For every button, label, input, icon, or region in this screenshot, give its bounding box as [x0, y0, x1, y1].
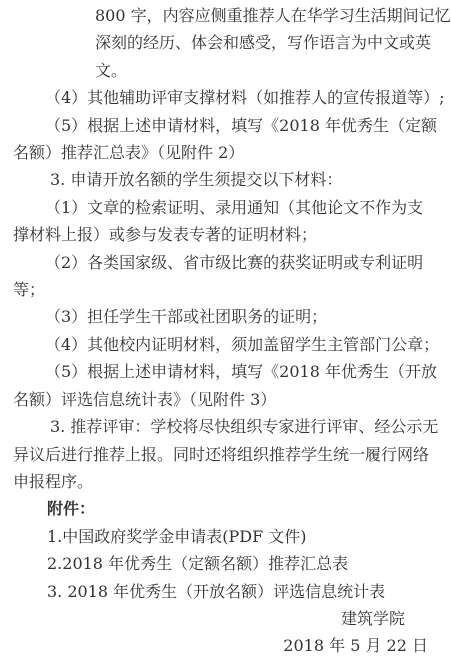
- body-line: （5）根据上述申请材料，填写《2018 年优秀生（开放: [13, 358, 439, 385]
- signature-department: 建筑学院: [13, 605, 439, 632]
- body-line: 撑材料上报）或参与发表专著的证明材料；: [13, 221, 439, 248]
- attachment-item: 3. 2018 年优秀生（开放名额）评选信息统计表: [13, 578, 439, 605]
- body-line: 等；: [13, 276, 439, 303]
- attachment-item: 2.2018 年优秀生（定额名额）推荐汇总表: [13, 550, 439, 577]
- body-line: 深刻的经历、体会和感受，写作语言为中文或英: [13, 29, 439, 56]
- body-line: 异议后进行推荐上报。同时还将组织推荐学生统一履行网络: [13, 441, 439, 468]
- body-line: （3）担任学生干部或社团职务的证明；: [13, 303, 439, 330]
- signature-date: 2018 年 5 月 22 日: [13, 632, 439, 659]
- body-line: 名额）推荐汇总表》（见附件 2）: [13, 139, 439, 166]
- body-line: （4）其他校内证明材料，须加盖留学生主管部门公章；: [13, 331, 439, 358]
- body-line: 文。: [13, 57, 439, 84]
- body-line: 申报程序。: [13, 468, 439, 495]
- attachment-item: 1.中国政府奖学金申请表(PDF 文件): [13, 523, 439, 550]
- document-page: 800 字，内容应侧重推荐人在华学习生活期间记忆 深刻的经历、体会和感受，写作语…: [0, 0, 451, 669]
- body-line: （5）根据上述申请材料，填写《2018 年优秀生（定额: [13, 112, 439, 139]
- attachments-heading: 附件：: [13, 495, 439, 522]
- body-line: （2）各类国家级、省市级比赛的获奖证明或专利证明: [13, 249, 439, 276]
- body-line: （4）其他辅助评审支撑材料（如推荐人的宣传报道等）;: [13, 84, 439, 111]
- body-line: 800 字，内容应侧重推荐人在华学习生活期间记忆: [13, 2, 439, 29]
- body-line: 3. 推荐评审：学校将尽快组织专家进行评审、经公示无: [13, 413, 439, 440]
- body-line: 名额）评选信息统计表》（见附件 3）: [13, 386, 439, 413]
- body-line: （1）文章的检索证明、录用通知（其他论文不作为支: [13, 194, 439, 221]
- body-line: 3. 申请开放名额的学生须提交以下材料：: [13, 166, 439, 193]
